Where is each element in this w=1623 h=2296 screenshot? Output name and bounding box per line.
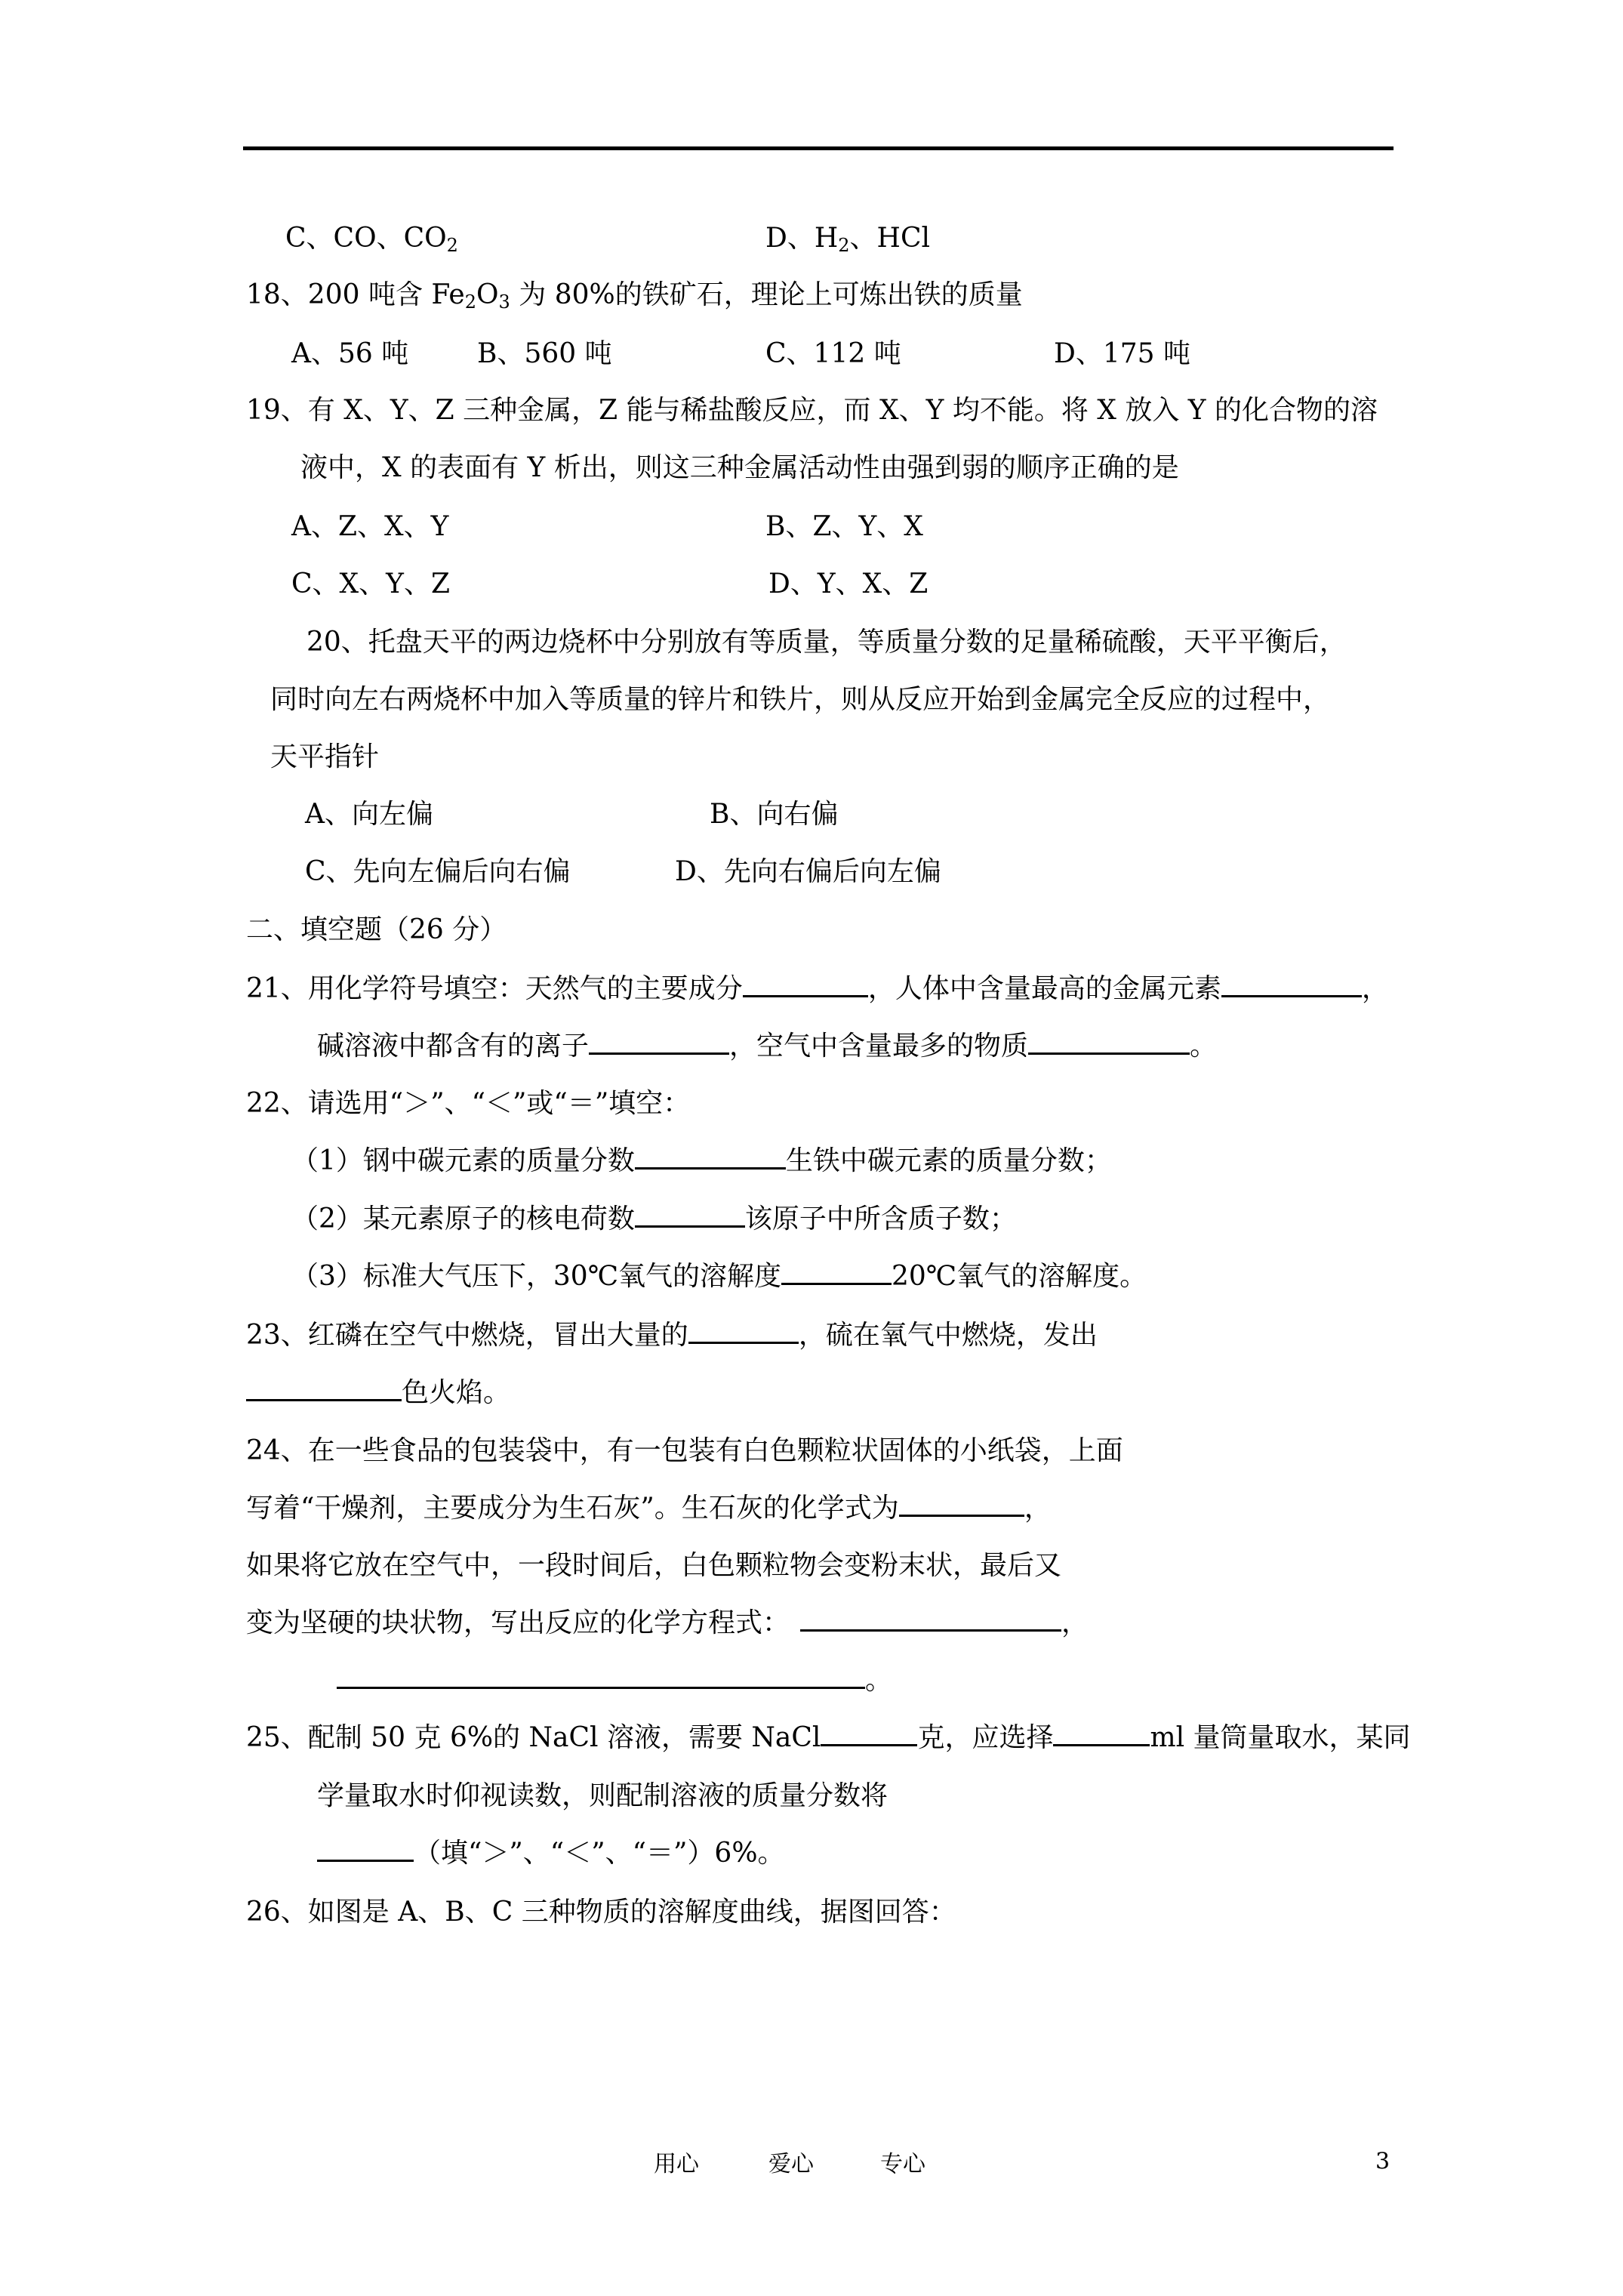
q22-title: 22、请选用“＞”、“＜”或“＝”填空： bbox=[246, 1087, 690, 1120]
q25-line3: （填“＞”、“＜”、“＝”）6%。 bbox=[317, 1837, 785, 1870]
q24-line1: 24、在一些食品的包装袋中，有一包装有白色颗粒状固体的小纸袋，上面 bbox=[246, 1435, 1123, 1468]
q18-stem: 18、200 吨含 Fe2O3 为 80%的铁矿石，理论上可炼出铁的质量 bbox=[246, 279, 1023, 312]
answer-blank[interactable] bbox=[821, 1721, 917, 1746]
q17-option-d: D、H2、HCl bbox=[765, 222, 930, 255]
answer-blank[interactable] bbox=[800, 1607, 1061, 1632]
answer-blank[interactable] bbox=[337, 1664, 865, 1689]
answer-blank[interactable] bbox=[635, 1145, 786, 1170]
answer-blank[interactable] bbox=[1053, 1721, 1150, 1746]
footer-motto-3: 专心 bbox=[880, 2145, 925, 2178]
answer-blank[interactable] bbox=[589, 1030, 729, 1055]
answer-blank[interactable] bbox=[246, 1376, 402, 1401]
answer-blank[interactable] bbox=[688, 1319, 799, 1344]
q20-stem-line2: 同时向左右两烧杯中加入等质量的锌片和铁片，则从反应开始到金属完全反应的过程中， bbox=[270, 683, 1330, 717]
answer-blank[interactable] bbox=[781, 1260, 892, 1285]
q22-part2: （2）某元素原子的核电荷数该原子中所含质子数； bbox=[291, 1203, 1017, 1236]
q23-line1: 23、红磷在空气中燃烧，冒出大量的，硫在氧气中燃烧，发出 bbox=[246, 1319, 1098, 1352]
q18-option-c: C、112 吨 bbox=[765, 337, 901, 371]
q20-option-b: B、向右偏 bbox=[710, 798, 838, 831]
q18-option-a: A、56 吨 bbox=[291, 337, 408, 371]
q19-option-b: B、Z、Y、X bbox=[765, 510, 923, 544]
q22-part3: （3）标准大气压下，30℃氧气的溶解度20℃氧气的溶解度。 bbox=[291, 1260, 1147, 1293]
q19-option-c: C、X、Y、Z bbox=[291, 568, 450, 601]
q19-stem-line1: 19、有 X、Y、Z 三种金属，Z 能与稀盐酸反应，而 X、Y 均不能。将 X … bbox=[246, 394, 1378, 427]
q20-stem-line1: 20、托盘天平的两边烧杯中分别放有等质量，等质量分数的足量稀硫酸，天平平衡后， bbox=[306, 626, 1347, 659]
section-heading-fill-in: 二、填空题（26 分） bbox=[246, 914, 507, 947]
q18-option-d: D、175 吨 bbox=[1054, 337, 1190, 371]
q17-option-c: C、CO、CO2 bbox=[285, 222, 458, 255]
answer-blank[interactable] bbox=[317, 1837, 414, 1862]
q24-line4: 变为坚硬的块状物，写出反应的化学方程式：， bbox=[246, 1607, 1089, 1640]
q19-stem-line2: 液中，X 的表面有 Y 析出，则这三种金属活动性由强到弱的顺序正确的是 bbox=[300, 451, 1179, 485]
q25-line1: 25、配制 50 克 6%的 NaCl 溶液，需要 NaCl克，应选择ml 量筒… bbox=[246, 1721, 1411, 1755]
q24-line3: 如果将它放在空气中，一段时间后，白色颗粒物会变粉末状，最后又 bbox=[246, 1549, 1061, 1583]
q20-option-a: A、向左偏 bbox=[305, 798, 433, 831]
q21-line2: 碱溶液中都含有的离子，空气中含量最多的物质。 bbox=[317, 1030, 1217, 1063]
answer-blank[interactable] bbox=[635, 1203, 745, 1228]
q19-option-a: A、Z、X、Y bbox=[291, 510, 448, 544]
q26-stem: 26、如图是 A、B、C 三种物质的溶解度曲线，据图回答： bbox=[246, 1896, 956, 1929]
q21-line1: 21、用化学符号填空：天然气的主要成分，人体中含量最高的金属元素， bbox=[246, 972, 1389, 1006]
footer-motto-1: 用心 bbox=[654, 2145, 699, 2178]
page-number: 3 bbox=[1375, 2149, 1390, 2175]
q25-line2: 学量取水时仰视读数，则配制溶液的质量分数将 bbox=[317, 1780, 888, 1813]
footer-motto-2: 爱心 bbox=[768, 2145, 814, 2178]
answer-blank[interactable] bbox=[899, 1492, 1024, 1517]
answer-blank[interactable] bbox=[1028, 1030, 1190, 1055]
answer-blank[interactable] bbox=[1221, 972, 1362, 997]
q20-stem-line3: 天平指针 bbox=[270, 741, 379, 774]
answer-blank[interactable] bbox=[743, 972, 868, 997]
q20-option-c: C、先向左偏后向右偏 bbox=[305, 855, 571, 889]
q18-option-b: B、560 吨 bbox=[477, 337, 612, 371]
q22-part1: （1）钢中碳元素的质量分数生铁中碳元素的质量分数； bbox=[291, 1145, 1112, 1178]
header-rule bbox=[243, 146, 1394, 150]
q23-line2: 色火焰。 bbox=[246, 1376, 510, 1410]
q19-option-d: D、Y、X、Z bbox=[768, 568, 928, 601]
q24-line2: 写着“干燥剂，主要成分为生石灰”。生石灰的化学式为， bbox=[246, 1492, 1052, 1525]
q24-line5: 。 bbox=[337, 1664, 892, 1697]
q20-option-d: D、先向右偏后向左偏 bbox=[675, 855, 941, 889]
